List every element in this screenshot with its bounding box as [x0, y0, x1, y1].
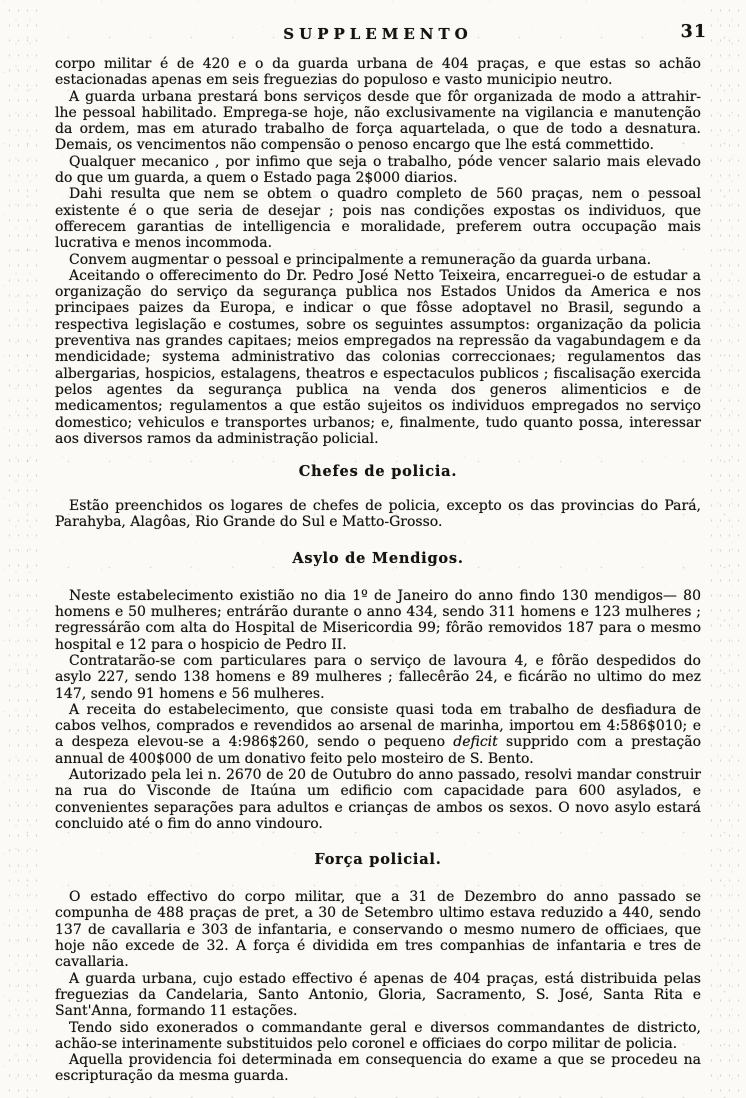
section-heading-forca-policial: Força policial.: [55, 851, 701, 868]
paragraph: Autorizado pela lei n. 2670 de 20 de Out…: [55, 767, 701, 832]
italic-term: deficit: [453, 734, 498, 750]
running-title: SUPPLEMENTO: [55, 26, 701, 42]
paragraph: A receita do estabelecimento, que consis…: [55, 702, 701, 767]
paragraph: Convem augmentar o pessoal e principalme…: [55, 252, 701, 268]
scanned-document-page: SUPPLEMENTO 31 corpo militar é de 420 e …: [0, 0, 746, 1098]
paragraph: Aceitando o offerecimento do Dr. Pedro J…: [55, 268, 701, 447]
text-column: SUPPLEMENTO 31 corpo militar é de 420 e …: [0, 0, 746, 1085]
paragraph: Contratarão-se com particulares para o s…: [55, 653, 701, 702]
paragraph-continuation: corpo militar é de 420 e o da guarda urb…: [55, 56, 701, 89]
paragraph: Dahi resulta que nem se obtem o quadro c…: [55, 186, 701, 251]
paragraph: Tendo sido exonerados o commandante gera…: [55, 1020, 701, 1053]
paragraph: Aquella providencia foi determinada em c…: [55, 1052, 701, 1085]
paragraph: Qualquer mecanico , por infimo que seja …: [55, 154, 701, 187]
section-heading-chefes-de-policia: Chefes de policia.: [55, 463, 701, 480]
paragraph: Neste estabelecimento existião no dia 1º…: [55, 588, 701, 653]
section-heading-asylo-de-mendigos: Asylo de Mendigos.: [55, 550, 701, 567]
paragraph: Estão preenchidos os logares de chefes d…: [55, 498, 701, 531]
running-head: SUPPLEMENTO 31: [55, 26, 701, 50]
page-number: 31: [681, 24, 707, 40]
paragraph: A guarda urbana prestará bons serviços d…: [55, 89, 701, 154]
paragraph: A guarda urbana, cujo estado effectivo é…: [55, 971, 701, 1020]
paragraph: O estado effectivo do corpo militar, que…: [55, 889, 701, 970]
